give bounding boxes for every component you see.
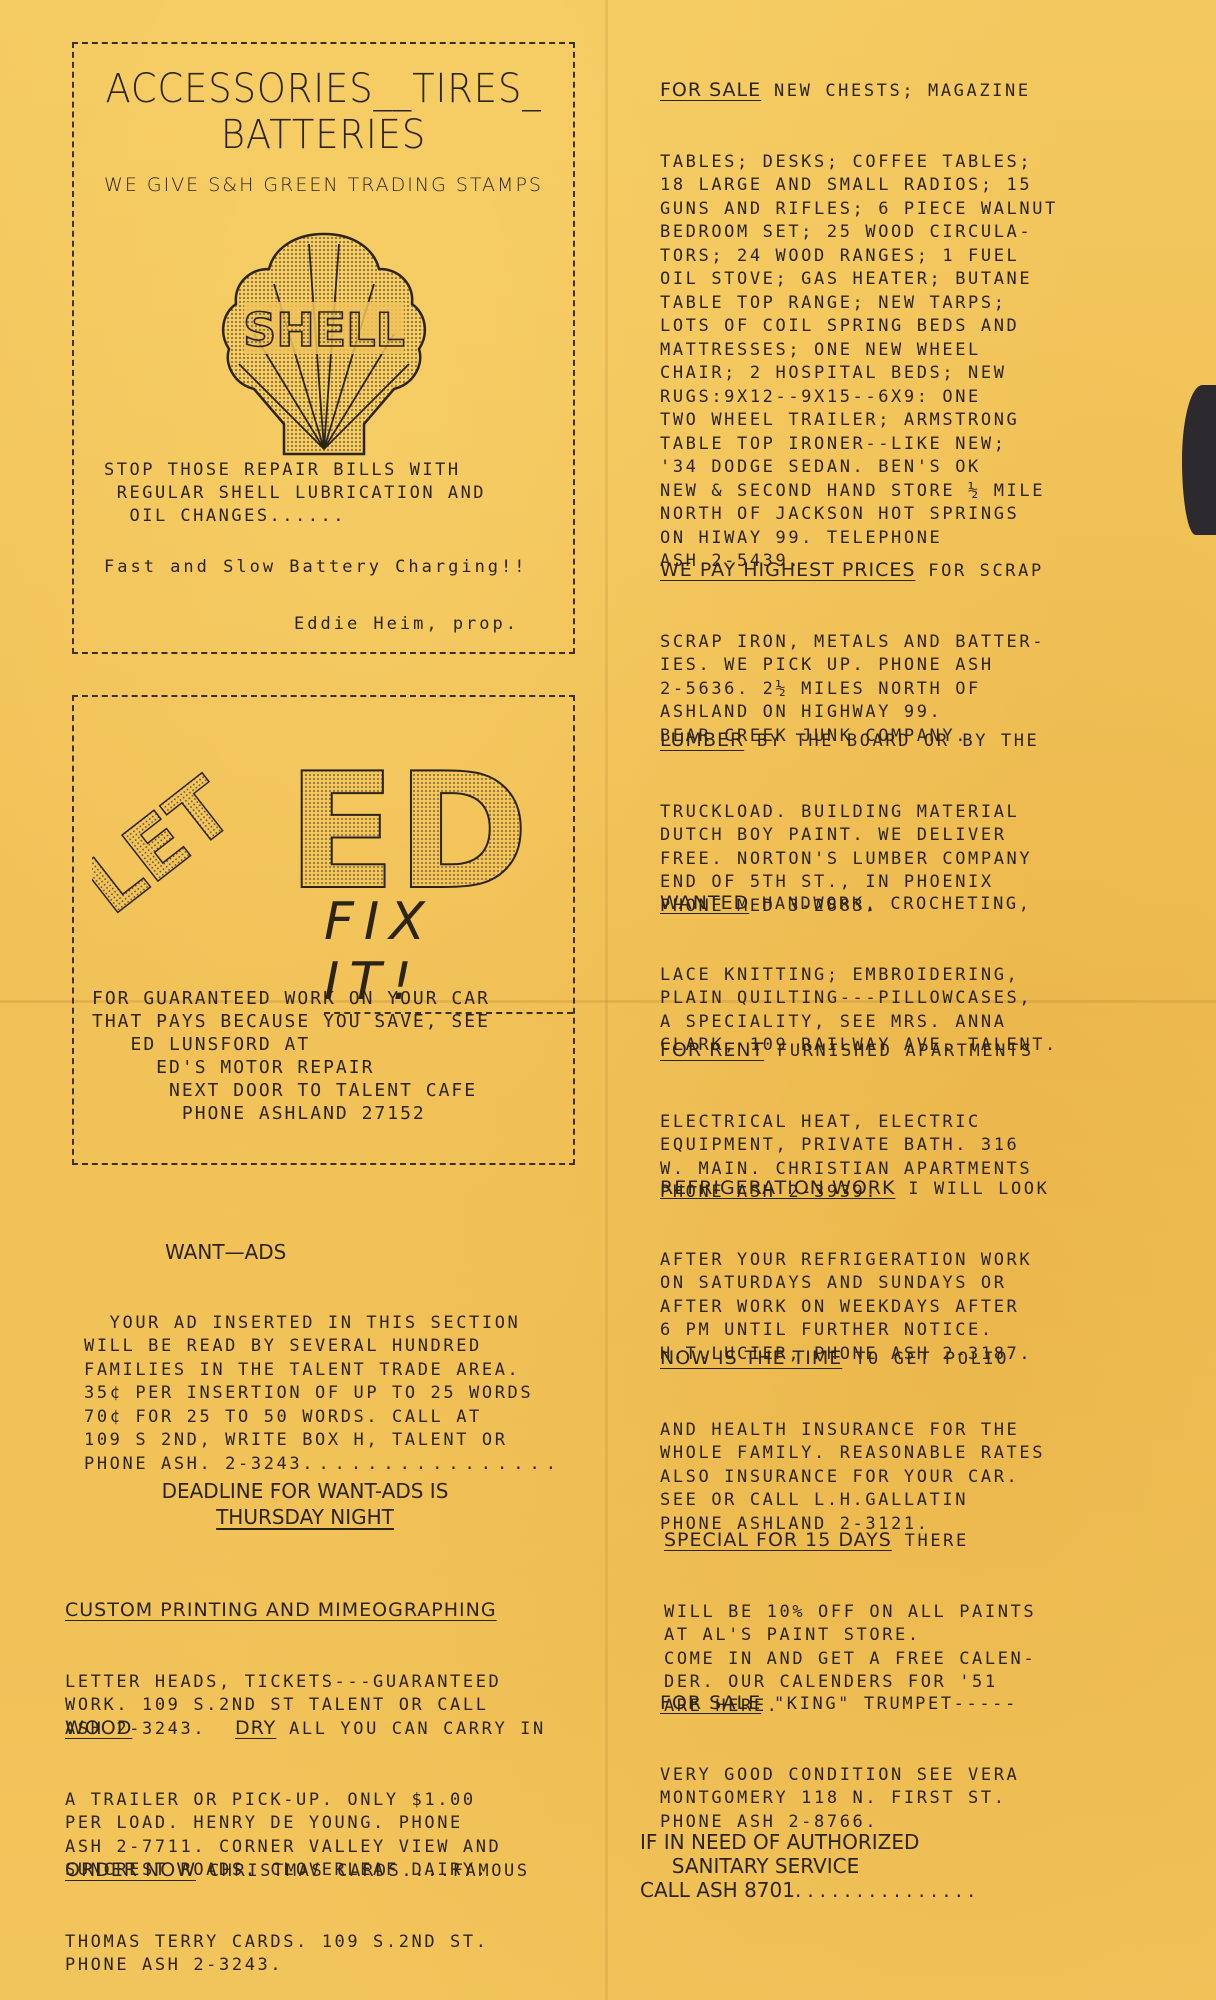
ed-body: For guaranteed work on your car that pay… bbox=[92, 987, 490, 1125]
ad-sanitary-service: IF IN NEED OF AUTHORIZED SANITARY SERVIC… bbox=[640, 1830, 980, 1902]
shell-logo-icon: SHELL bbox=[214, 224, 434, 464]
shell-headline-2: BATTERIES bbox=[94, 112, 553, 158]
svg-text:LET: LET bbox=[92, 760, 250, 932]
ad-christmas-cards: ORDER NOW Christmas cards....Famous Thom… bbox=[65, 1812, 530, 2000]
shell-body: Stop those repair bills with regular She… bbox=[104, 459, 486, 528]
torn-edge bbox=[1182, 385, 1216, 535]
proprietor: Eddie Heim, prop. bbox=[294, 614, 519, 634]
battery-charging: Fast and Slow Battery Charging!! bbox=[104, 557, 528, 577]
svg-text:SHELL: SHELL bbox=[243, 303, 405, 357]
ed-motor-ad: LET ED FIX IT! For guaranteed work on yo… bbox=[72, 695, 575, 1165]
shell-headline: ACCESSORIES__TIRES_ bbox=[94, 66, 553, 112]
want-ads-info: Your ad inserted in this section will be… bbox=[84, 1288, 562, 1476]
ad-king-trumpet: FOR SALE "King" Trumpet----- very good c… bbox=[660, 1645, 1019, 1858]
deadline-notice: DEADLINE FOR WANT-ADS IS THURSDAY NIGHT bbox=[105, 1478, 505, 1530]
fold-crease bbox=[605, 0, 608, 2000]
stamps-text: WE GIVE S&H GREEN TRADING STAMPS bbox=[74, 174, 573, 196]
shell-ad: ACCESSORIES__TIRES_ BATTERIES WE GIVE S&… bbox=[72, 42, 575, 654]
want-ads-title: WANT—ADS bbox=[165, 1240, 286, 1264]
